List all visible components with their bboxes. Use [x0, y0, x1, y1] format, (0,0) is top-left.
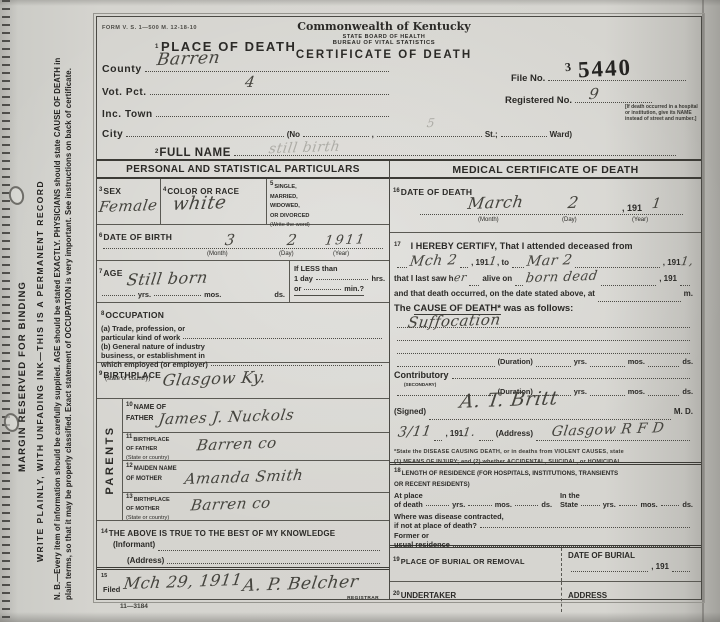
dotted-leader [126, 135, 283, 137]
margin-nb-note: N. B.—Every item of information should b… [52, 52, 74, 600]
certify-dates-line: Mch 2, 1911, toMar 2, 1911, [394, 254, 693, 271]
signed-label: (Signed) [394, 407, 426, 416]
dotted-leader [426, 504, 449, 506]
county-value-handwritten: Barren [156, 50, 222, 69]
birthplace-field: 9BIRTHPLACE (state or country) Glasgow K… [97, 363, 389, 399]
her-handwritten: er [453, 272, 467, 283]
place-of-burial-field: 19PLACE OF BURIAL OR REMOVAL [390, 548, 562, 581]
full-name-value-handwritten: still birth [268, 140, 341, 156]
day-sublabel: (Day) [562, 217, 577, 223]
field-number: 6 [99, 233, 102, 239]
dotted-leader [145, 70, 389, 72]
sex-field: 3SEX Female [97, 179, 161, 224]
field-number: 18 [394, 468, 401, 474]
form-code: 11—3184 [120, 603, 148, 610]
certify-text: I HEREBY CERTIFY, That I attended deceas… [411, 241, 633, 251]
dotted-leader [515, 504, 538, 506]
residence-block: 18LENGTH OF RESIDENCE (FOR HOSPITALS, IN… [390, 465, 701, 548]
father-name-label: FATHER [126, 415, 153, 422]
mos-label: mos. [204, 290, 221, 299]
filed-field: 15 Filed Mch 29, 1911 A. P. Belcher REGI… [97, 570, 389, 603]
cause-of-death-block: The CAUSE OF DEATH* was as follows: Suff… [390, 301, 701, 369]
dotted-leader [672, 570, 690, 572]
field-number: 17 [394, 242, 401, 248]
disease-contracted-label: Where was disease contracted, [394, 512, 693, 521]
cause-footnote: *State the DISEASE CAUSING DEATH, or in … [390, 444, 701, 465]
signed-field: (Signed)M. D. A. T. Britt [390, 399, 701, 423]
year-prefix: , 191 [659, 274, 677, 283]
full-name-label: FULL NAME [159, 147, 231, 159]
informant-label: (Informant) [113, 540, 155, 549]
marital-option: SINGLE, [274, 184, 296, 190]
year-prefix: , 191 [663, 258, 681, 267]
field-number: 14 [101, 529, 108, 535]
dotted-leader [397, 352, 690, 354]
city-ward-label: Ward) [550, 130, 572, 139]
mos-label: mos. [640, 500, 657, 509]
comma: , [372, 130, 374, 139]
dotted-leader [429, 418, 671, 420]
parents-block: PARENTS 10NAME OFFATHER James J. Nuckols… [97, 399, 389, 521]
one-day-label: 1 day [294, 274, 313, 283]
field-number: 5 [270, 181, 273, 187]
dob-day-handwritten: 2 [286, 233, 298, 248]
certify-block: 17 I HEREBY CERTIFY, That I attended dec… [390, 233, 701, 301]
cause-value-line: Suffocation [394, 314, 693, 331]
dotted-leader [304, 288, 341, 290]
age-value-handwritten: Still born [126, 270, 209, 289]
in-the-label: In the [560, 491, 693, 500]
full-name-field: 2FULL NAME [155, 147, 679, 159]
address-label: (Address) [496, 429, 533, 438]
mother-maiden-label: MAIDEN NAME [134, 466, 177, 472]
field-number: 3 [99, 187, 102, 193]
dotted-leader [420, 213, 683, 215]
dotted-leader [154, 294, 201, 296]
yrs-label: yrs. [603, 500, 616, 509]
signed-year-handwritten: 1. [462, 426, 476, 438]
residence-label: LENGTH OF RESIDENCE (FOR HOSPITALS, INST… [402, 470, 618, 477]
certificate-form: FORM V. S. 1—500 M. 12-18-10 1PLACE OF D… [96, 16, 702, 600]
md-label: M. D. [674, 407, 693, 416]
month-sublabel: (Month) [478, 217, 499, 223]
field-number: 15 [101, 573, 107, 579]
footnote-line: *State the DISEASE CAUSING DEATH, or in … [394, 449, 624, 455]
dod-year-handwritten: 1 [651, 197, 662, 211]
city-label: City [102, 129, 123, 140]
burial-date-label: DATE OF BURIAL [568, 551, 693, 560]
registrar-signature-handwritten: A. P. Belcher [241, 574, 359, 595]
of-death-label: of death [394, 500, 423, 509]
bureau-label: BUREAU OF VITAL STATISTICS [295, 40, 473, 46]
dotted-leader [512, 266, 524, 268]
spacer [224, 294, 271, 296]
informant-address-field: (Address) [97, 554, 389, 570]
occupation-a-line: (a) Trade, profession, or [101, 324, 385, 333]
attended-to-handwritten: Mar 2 [526, 253, 573, 269]
death-certificate-scan: MARGIN RESERVED FOR BINDING WRITE PLAINL… [0, 0, 720, 622]
paper-edge-bottom [0, 612, 720, 622]
dotted-leader [460, 266, 468, 268]
mos-label: mos. [628, 387, 645, 396]
state-heading-block: Commonwealth of Kentucky STATE BOARD OF … [295, 20, 473, 61]
residence-columns: At place of deathyrs.mos.ds. In the Stat… [394, 491, 693, 509]
address-label: (Address) [127, 556, 164, 565]
or-label: or [294, 284, 301, 293]
cause-text: was as follows: [504, 303, 574, 314]
certificate-table: PERSONAL AND STATISTICAL PARTICULARS 3SE… [97, 159, 701, 599]
dotted-leader [536, 365, 571, 367]
ds-label: ds. [682, 500, 693, 509]
dotted-leader [590, 365, 625, 367]
dotted-leader [648, 365, 679, 367]
birthplace-value-handwritten: Glasgow Ky. [162, 369, 268, 389]
personal-title: PERSONAL AND STATISTICAL PARTICULARS [97, 161, 389, 179]
mother-birthplace-label: BIRTHPLACE [134, 497, 170, 503]
undertaker-address-label: ADDRESS [568, 591, 607, 600]
ds-label: ds. [682, 357, 693, 366]
vot-pct-label: Vot. Pct. [102, 87, 147, 98]
father-name-field: 10NAME OFFATHER James J. Nuckols [123, 399, 389, 433]
dotted-leader [479, 439, 493, 441]
field-number: 11 [126, 434, 132, 440]
year-sublabel: (Year) [632, 217, 648, 223]
year-prefix: , 191 [471, 258, 489, 267]
year-sublabel: (Year) [333, 251, 349, 257]
city-no-label: (No [287, 130, 300, 139]
marital-option: WIDOWED, [270, 203, 300, 209]
dotted-leader [377, 135, 482, 137]
sex-value-handwritten: Female [98, 198, 159, 215]
dotted-leader [480, 526, 690, 528]
mother-birthplace-field: 13BIRTHPLACEOF MOTHER(State or country) … [123, 493, 389, 520]
occupation-field: 8OCCUPATION (a) Trade, profession, or pa… [97, 303, 389, 363]
city-stray-mark-handwritten: 5 [426, 117, 436, 129]
cause-text: The [394, 303, 411, 314]
margin-plainly-note: WRITE PLAINLY, WITH UNFADING INK—THIS IS… [35, 62, 45, 562]
physician-signature-handwritten: A. T. Britt [458, 389, 559, 411]
parents-side-label: PARENTS [97, 399, 123, 520]
dotted-leader [303, 135, 369, 137]
undertaker-label: UNDERTAKER [401, 591, 456, 600]
parents-label: PARENTS [104, 425, 116, 494]
form-number: FORM V. S. 1—500 M. 12-18-10 [102, 25, 197, 31]
father-birthplace-value-handwritten: Barren co [196, 436, 278, 454]
dotted-leader [571, 570, 648, 572]
field-number: 16 [393, 188, 400, 194]
dob-month-handwritten: 3 [224, 233, 236, 248]
field-number: 13 [126, 494, 133, 500]
file-no-prefix-stamp: 3 [564, 61, 571, 74]
sex-label: SEX [103, 186, 121, 196]
file-no-label: File No. [511, 73, 545, 84]
dotted-leader [590, 394, 625, 396]
attended-from-handwritten: Mch 2 [409, 253, 458, 269]
age-label: AGE [103, 268, 122, 278]
dotted-leader [515, 284, 523, 286]
father-name-value-handwritten: James J. Nuckols [158, 408, 296, 428]
burial-row: 19PLACE OF BURIAL OR REMOVAL DATE OF BUR… [390, 548, 701, 582]
last-saw-text: that I last saw h [394, 274, 454, 283]
state-label: State [560, 500, 578, 509]
dotted-leader [102, 294, 135, 296]
film-edge-marks [2, 0, 10, 622]
dob-year-handwritten: 1911 [324, 233, 367, 247]
dotted-leader [661, 504, 680, 506]
color-race-value-handwritten: white [172, 194, 228, 214]
dotted-leader [501, 135, 547, 137]
occurred-text: and that death occurred, on the date sta… [394, 289, 595, 298]
month-sublabel: (Month) [207, 251, 228, 257]
color-race-field: 4COLOR OR RACE white [161, 179, 267, 224]
last-saw-line: that I last saw heralive onborn dead, 19… [394, 271, 693, 289]
footnote-line: (1) MEANS OF INJURY; and (2) whether ACC… [394, 459, 623, 465]
alive-on-value-handwritten: born dead [525, 270, 599, 285]
dod-label: DATE OF DEATH [401, 187, 473, 197]
dotted-leader [316, 278, 369, 280]
dotted-leader [469, 284, 479, 286]
dod-month-handwritten: March [467, 194, 525, 212]
dotted-leader [575, 101, 652, 103]
registrar-label: REGISTRAR [347, 596, 379, 601]
personal-column: PERSONAL AND STATISTICAL PARTICULARS 3SE… [97, 161, 390, 599]
field-number: 7 [99, 269, 102, 275]
undertaker-field: 20UNDERTAKER [390, 582, 562, 612]
sex-color-marital-row: 3SEX Female 4COLOR OR RACE white 5SINGLE… [97, 179, 389, 225]
filed-label: Filed [103, 585, 120, 594]
occupation-label: OCCUPATION [105, 310, 164, 320]
field-number: 19 [393, 557, 400, 563]
hrs-label: hrs. [371, 274, 385, 283]
informant-field: (Informant) [97, 536, 389, 554]
field-number: 9 [99, 371, 102, 377]
dotted-leader [397, 339, 690, 341]
dotted-leader [680, 284, 690, 286]
if-not-label: if not at place of death? [394, 521, 477, 530]
certificate-title: CERTIFICATE OF DEATH [295, 49, 473, 61]
cause-value-handwritten: Suffocation [407, 312, 502, 330]
dotted-leader [575, 266, 660, 268]
dotted-leader [648, 394, 679, 396]
occupation-b-line: business, or establishment in [101, 351, 385, 360]
dotted-leader [183, 337, 382, 339]
former-label: Former or [394, 531, 693, 540]
age-row: 7AGE Still born yrs.mos.ds. If LESS than… [97, 261, 389, 303]
dotted-leader [397, 266, 407, 268]
yrs-label: yrs. [574, 387, 587, 396]
occupation-b-line: (b) General nature of industry [101, 342, 385, 351]
undertaker-address-field: ADDRESS [562, 582, 701, 612]
yrs-label: yrs. [452, 500, 465, 509]
age-units-line: yrs.mos.ds. [99, 290, 285, 299]
marital-option: OR DIVORCED [270, 213, 309, 219]
dob-label: DATE OF BIRTH [103, 232, 172, 242]
dotted-leader [167, 562, 380, 564]
signed-date-handwritten: 3/11 [397, 424, 433, 439]
ds-label: ds. [541, 500, 552, 509]
day-sublabel: (Day) [279, 251, 294, 257]
from-year-handwritten: 1 [488, 255, 498, 267]
mos-label: mos. [495, 500, 512, 509]
yrs-label: yrs. [138, 290, 151, 299]
county-label: County [102, 63, 142, 75]
field-number: 4 [163, 187, 166, 193]
inc-town-field: Inc. Town [102, 109, 392, 120]
dotted-leader [468, 504, 491, 506]
mother-birthplace-label: OF MOTHER [126, 506, 160, 512]
mother-maiden-name-field: 12MAIDEN NAMEOF MOTHER Amanda Smith [123, 461, 389, 493]
mother-maiden-value-handwritten: Amanda Smith [184, 468, 305, 487]
field-number: 20 [393, 591, 400, 597]
alive-on-text: alive on [482, 274, 512, 283]
medical-title: MEDICAL CERTIFICATE OF DEATH [390, 161, 701, 179]
less-than-one-day-field: If LESS than 1 dayhrs. ormin.? [289, 261, 389, 302]
dotted-leader [619, 504, 638, 506]
informant-statement: 14THE ABOVE IS TRUE TO THE BEST OF MY KN… [97, 521, 389, 536]
burial-label: PLACE OF BURIAL OR REMOVAL [401, 557, 525, 566]
medical-column: MEDICAL CERTIFICATE OF DEATH 16DATE OF D… [390, 161, 701, 599]
father-birthplace-label: OF FATHER [126, 446, 157, 452]
year-prefix: , 191 [445, 429, 463, 438]
dotted-leader [434, 439, 442, 441]
dotted-leader [150, 93, 389, 95]
to-word: , to [497, 258, 509, 267]
marital-status-field: 5SINGLE, MARRIED, WIDOWED, OR DIVORCED (… [267, 179, 389, 224]
dod-day-handwritten: 2 [567, 195, 580, 211]
ds-label: ds. [682, 387, 693, 396]
less-than-label: If LESS than [294, 264, 385, 273]
date-of-burial-field: DATE OF BURIAL , 191 [562, 548, 701, 581]
duration-label: (Duration) [498, 357, 533, 366]
at-place-label: At place [394, 491, 552, 500]
field-number: 12 [126, 463, 133, 469]
father-birthplace-field: 11BIRTHPLACEOF FATHER(State or country) … [123, 433, 389, 461]
yrs-label: yrs. [574, 357, 587, 366]
file-no-stamp: 5440 [577, 56, 632, 82]
to-year-handwritten: 1, [680, 255, 694, 267]
occupation-a-line: particular kind of work [101, 333, 180, 342]
hospital-note: [If death occurred in a hospital or inst… [625, 105, 699, 122]
year-prefix: , 191 [622, 203, 642, 213]
field-number: 2 [155, 149, 158, 155]
birthplace-note: (state or country) [105, 376, 150, 382]
city-st-label: St.; [485, 130, 498, 139]
undertaker-row: 20UNDERTAKER ADDRESS [390, 582, 701, 612]
mother-birthplace-value-handwritten: Barren co [190, 496, 272, 514]
father-birthplace-label: BIRTHPLACE [133, 437, 169, 443]
field-number: 8 [101, 311, 104, 317]
marital-option: MARRIED, [270, 194, 298, 200]
margin-binding-note: MARGIN RESERVED FOR BINDING [17, 222, 28, 472]
paper-edge-top [0, 0, 720, 6]
physician-address-handwritten: Glasgow R F D [551, 421, 666, 439]
signed-date-address-line: 3/11, 1911.(Address) Glasgow R F D [390, 423, 701, 444]
registered-no-label: Registered No. [505, 95, 572, 106]
occurred-m-label: m. [684, 289, 693, 298]
dotted-leader [453, 545, 690, 547]
filed-date-handwritten: Mch 29, 1911 [123, 572, 244, 592]
ds-label: ds. [274, 290, 285, 299]
field-number: 10 [126, 402, 133, 408]
dotted-leader [158, 549, 380, 551]
dotted-leader [581, 504, 600, 506]
dotted-leader [452, 377, 691, 379]
paper-crease [702, 0, 704, 622]
dotted-leader [601, 284, 657, 286]
age-field: 7AGE Still born yrs.mos.ds. [97, 261, 289, 302]
residence-label: OR RECENT RESIDENTS) [394, 481, 470, 488]
dotted-leader [397, 365, 495, 367]
commonwealth-title: Commonwealth of Kentucky [295, 20, 473, 33]
inc-town-label: Inc. Town [102, 109, 153, 120]
min-label: min.? [344, 284, 364, 293]
contributory-label: Contributory [394, 370, 449, 380]
dotted-leader [156, 115, 389, 117]
mother-maiden-label: OF MOTHER [126, 476, 162, 482]
date-of-death-field: 16DATE OF DEATH March 2 , 191 1 (Month) … [390, 179, 701, 233]
mos-label: mos. [628, 357, 645, 366]
date-of-birth-field: 6DATE OF BIRTH 3 2 1911 (Month) (Day) (Y… [97, 225, 389, 261]
year-prefix: , 191 [651, 562, 669, 571]
